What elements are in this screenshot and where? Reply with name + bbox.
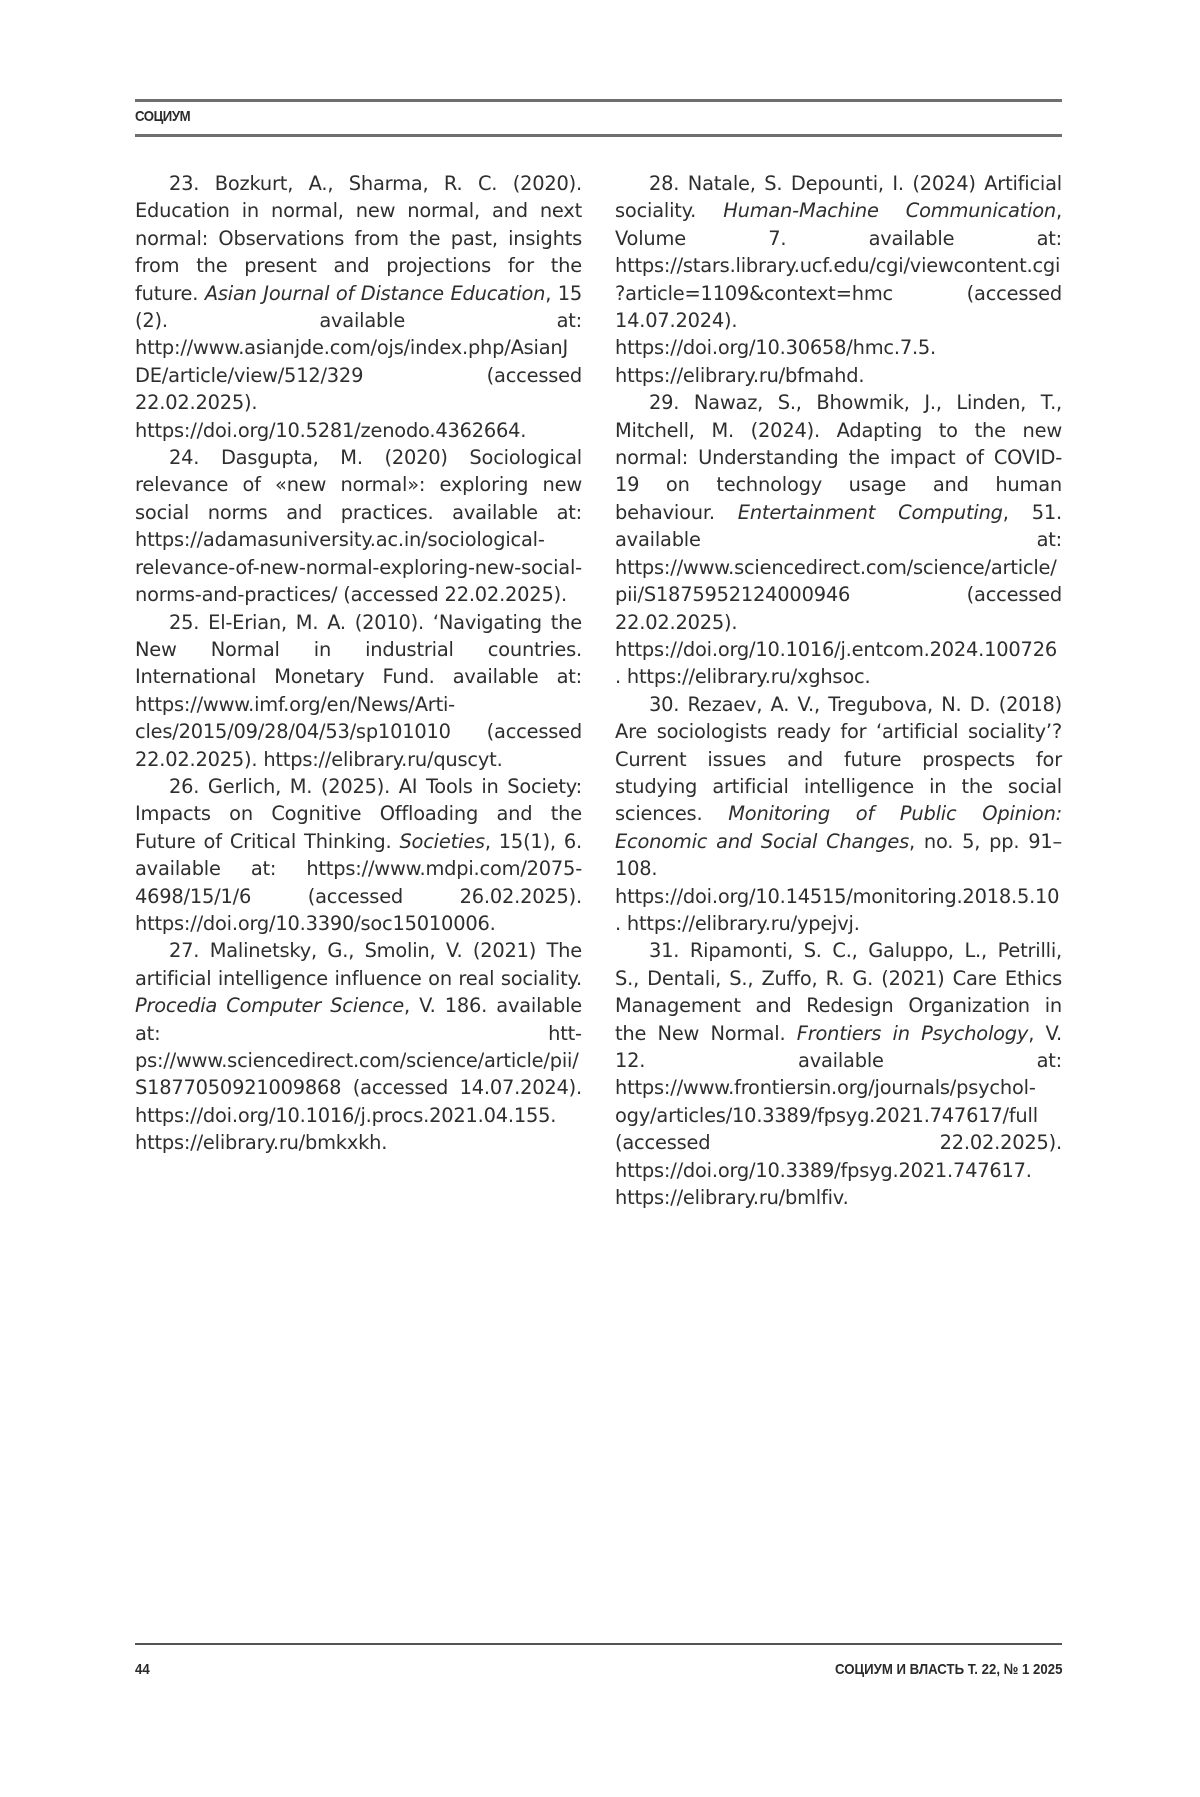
reference-number: 29. [649, 391, 679, 414]
reference-31: 31. Ripamonti, S. C., Galuppo, L., Petri… [615, 937, 1062, 1211]
reference-journal: En­tertainment Computing [738, 501, 1003, 524]
reference-text: Malinetsky, G., Smolin, V. (2021) The ar… [135, 939, 582, 989]
reference-number: 31. [649, 939, 679, 962]
reference-number: 27. [169, 939, 199, 962]
reference-journal: Procedia Com­puter Science [135, 994, 404, 1017]
reference-details: , Volume 7. available at: https://stars.… [615, 199, 1062, 386]
running-head: СОЦИУМ [135, 108, 190, 125]
journal-issue: СОЦИУМ И ВЛАСТЬ Т. 22, № 1 2025 [835, 1661, 1062, 1678]
reference-number: 28. [649, 172, 679, 195]
reference-journal: Human-Machine Commu­nication [723, 199, 1056, 222]
reference-23: 23. Bozkurt, A., Sharma, R. C. (2020). E… [135, 170, 582, 444]
header-rule-top [135, 99, 1062, 102]
reference-29: 29. Nawaz, S., Bhowmik, J., Lin­den, T.,… [615, 389, 1062, 690]
reference-journal: Asian Journal of Distance Ed­ucation [205, 282, 545, 305]
reference-details: , 15 (2). available at: http://www.asian… [135, 282, 582, 442]
reference-26: 26. Gerlich, M. (2025). AI Tools in So­c… [135, 773, 582, 937]
left-column: 23. Bozkurt, A., Sharma, R. C. (2020). E… [135, 170, 582, 1157]
footer-rule [135, 1643, 1062, 1645]
reference-27: 27. Malinetsky, G., Smolin, V. (2021) Th… [135, 937, 582, 1156]
page-number: 44 [135, 1661, 150, 1678]
reference-25: 25. El-Erian, M. A. (2010). ‘Navigating … [135, 609, 582, 773]
reference-30: 30. Rezaev, A. V., Tregubova, N. D. (201… [615, 691, 1062, 938]
reference-number: 23. [169, 172, 199, 195]
right-column: 28. Natale, S. Depounti, I. (2024) Ar­ti… [615, 170, 1062, 1211]
reference-text: El-Erian, M. A. (2010). ‘Navigating the … [135, 611, 582, 771]
reference-24: 24. Dasgupta, M. (2020) Sociological rel… [135, 444, 582, 608]
reference-details: , V. 186. available at: htt­ps://www.sci… [135, 994, 582, 1154]
reference-number: 25. [169, 611, 199, 634]
reference-journal: Frontiers in Psychology [797, 1022, 1028, 1045]
reference-28: 28. Natale, S. Depounti, I. (2024) Ar­ti… [615, 170, 1062, 389]
reference-number: 24. [169, 446, 199, 469]
reference-number: 30. [649, 693, 679, 716]
reference-journal: Soci­eties [399, 830, 484, 853]
reference-number: 26. [169, 775, 199, 798]
reference-text: Dasgupta, M. (2020) Sociological relevan… [135, 446, 582, 606]
header-rule-bottom [135, 134, 1062, 137]
reference-details: , V. 12. available at: https://www.front… [615, 1022, 1062, 1209]
reference-details: , 51. available at: https://www.scienced… [615, 501, 1062, 688]
